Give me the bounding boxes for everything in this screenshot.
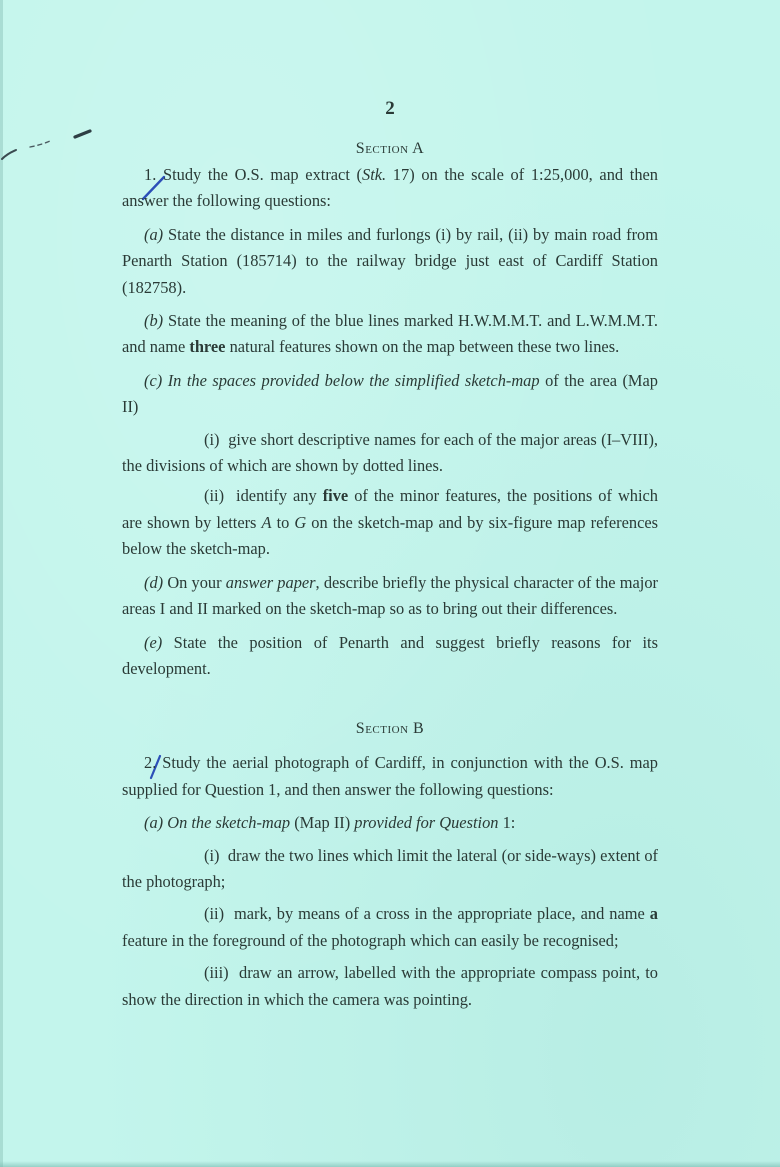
page-number: 2	[122, 96, 658, 122]
question-1-part-c-i: (i) give short descriptive names for eac…	[122, 427, 658, 480]
pen-stroke-mark	[0, 125, 100, 165]
question-2-part-a-iii: (iii) draw an arrow, labelled with the a…	[122, 960, 658, 1013]
paper-edge-bottom	[0, 1161, 780, 1167]
part-label: (d)	[144, 573, 163, 592]
part-label: (c)	[144, 371, 162, 390]
question-2-part-a: (a) On the sketch-map (Map II) provided …	[122, 810, 658, 836]
part-label: (b)	[144, 311, 163, 330]
part-label: (a)	[144, 813, 163, 832]
paper-edge-left	[0, 0, 3, 1167]
exam-page: 2 Section A 1. Study the O.S. map extrac…	[0, 0, 780, 1167]
question-1-part-b: (b) State the meaning of the blue lines …	[122, 308, 658, 361]
section-b-heading: Section B	[122, 716, 658, 742]
question-1-part-d: (d) On your answer paper, describe brief…	[122, 570, 658, 623]
section-a-heading: Section A	[122, 136, 658, 162]
question-1-part-e: (e) State the position of Penarth and su…	[122, 630, 658, 683]
question-2-number: 2.	[144, 753, 156, 772]
subpart-label: (iii)	[204, 963, 229, 982]
question-1-number: 1.	[144, 165, 156, 184]
question-1-part-c: (c) In the spaces provided below the sim…	[122, 368, 658, 421]
part-label: (e)	[144, 633, 162, 652]
question-1-part-a: (a) State the distance in miles and furl…	[122, 222, 658, 301]
question-1-intro: 1. Study the O.S. map extract (Stk. 17) …	[122, 162, 658, 215]
question-1-part-c-ii: (ii) identify any five of the minor feat…	[122, 483, 658, 562]
question-2-part-a-ii: (ii) mark, by means of a cross in the ap…	[122, 901, 658, 954]
exam-content: 2 Section A 1. Study the O.S. map extrac…	[122, 96, 658, 1013]
subpart-label: (ii)	[204, 486, 224, 505]
subpart-label: (i)	[204, 846, 219, 865]
question-2-intro: 2. Study the aerial photograph of Cardif…	[122, 750, 658, 803]
part-label: (a)	[144, 225, 163, 244]
question-2-part-a-i: (i) draw the two lines which limit the l…	[122, 843, 658, 896]
subpart-label: (ii)	[204, 904, 224, 923]
subpart-label: (i)	[204, 430, 219, 449]
